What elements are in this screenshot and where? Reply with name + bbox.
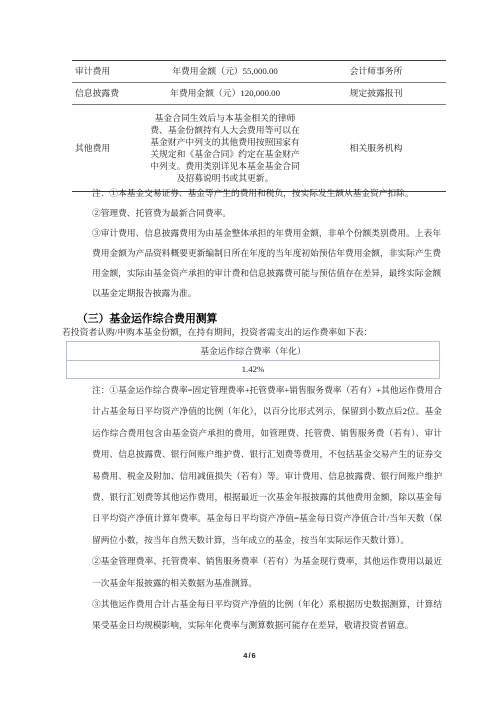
fee-amount-cell: 年费用金额（元）120,000.00	[144, 83, 306, 105]
fund-fees-table: 审计费用 年费用金额（元）55,000.00 会计师事务所 信息披露费 年费用金…	[72, 60, 446, 192]
table-row: 基金运作综合费率（年化）	[67, 342, 440, 361]
table-row: 审计费用 年费用金额（元）55,000.00 会计师事务所	[72, 61, 446, 83]
rate-table-header-cell: 基金运作综合费率（年化）	[67, 342, 440, 361]
table-row: 1.42%	[67, 360, 440, 379]
fee-payee-cell: 相关服务机构	[306, 105, 446, 192]
table-row: 信息披露费 年费用金额（元）120,000.00 规定披露报刊	[72, 83, 446, 105]
fee-payee-cell: 规定披露报刊	[306, 83, 446, 105]
fee-payee-cell: 会计师事务所	[306, 61, 446, 83]
page-number: 4/6	[0, 651, 500, 660]
note-paragraph: ②管理费、托管费为最新合同费率。	[92, 203, 441, 223]
section-heading: （三）基金运作综合费用测算	[77, 311, 217, 326]
fees-table-notes: 注：①本基金交易证券、基金等产生的费用和税负，按实际发生额从基金资产扣除。 ②管…	[92, 183, 441, 303]
fee-amount-cell: 年费用金额（元）55,000.00	[144, 61, 306, 83]
note-paragraph: 注：①基金运作综合费率=固定管理费率+托管费率+销售服务费率（若有）+其他运作费…	[92, 380, 442, 551]
table-row: 其他费用 基金合同生效后与本基金相关的律师费、基金份额持有人大会费用等可以在基金…	[72, 105, 446, 192]
fee-name-cell: 信息披露费	[72, 83, 144, 105]
document-page: 审计费用 年费用金额（元）55,000.00 会计师事务所 信息披露费 年费用金…	[0, 0, 500, 707]
note-paragraph: ③审计费用、信息披露费用为由基金整体承担的年费用金额，非单个份额类别费用。上表年…	[92, 223, 441, 303]
operating-rate-table: 基金运作综合费率（年化） 1.42%	[66, 341, 440, 379]
fee-amount-cell: 基金合同生效后与本基金相关的律师费、基金份额持有人大会费用等可以在基金财产中列支…	[144, 105, 306, 192]
rate-table-notes: 注：①基金运作综合费率=固定管理费率+托管费率+销售服务费率（若有）+其他运作费…	[92, 380, 442, 637]
fee-name-cell: 其他费用	[72, 105, 144, 192]
note-paragraph: ②基金管理费率、托管费率、销售服务费率（若有）为基金现行费率，其他运作费用以最近…	[92, 551, 442, 594]
note-paragraph: 注：①本基金交易证券、基金等产生的费用和税负，按实际发生额从基金资产扣除。	[92, 183, 441, 203]
rate-table-value-cell: 1.42%	[67, 360, 440, 379]
section-intro-text: 若投资者认购/申购本基金份额，在持有期间，投资者需支出的运作费率如下表：	[62, 327, 440, 338]
note-paragraph: ③其他运作费用合计占基金每日平均资产净值的比例（年化）系根据历史数据测算，计算结…	[92, 594, 442, 637]
fee-name-cell: 审计费用	[72, 61, 144, 83]
